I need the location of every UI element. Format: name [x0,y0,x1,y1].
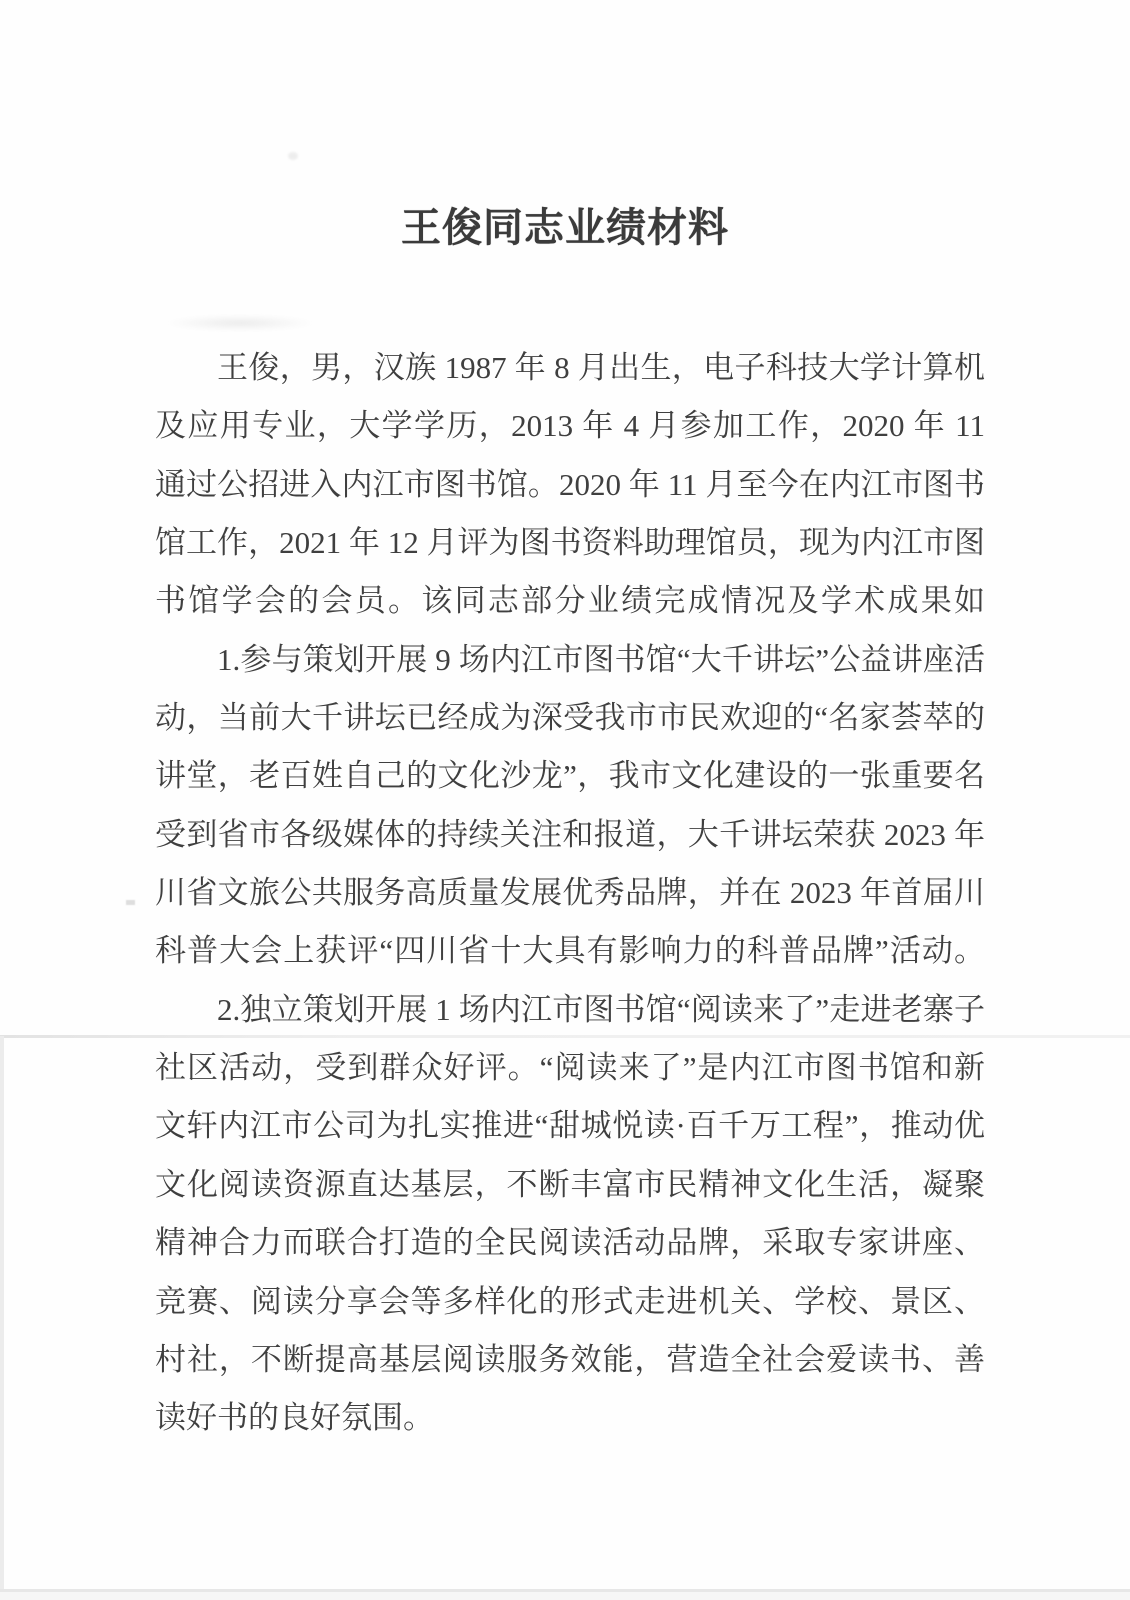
text-line: 及应用专业，大学学历，2013 年 4 月参加工作，2020 年 11 月 [155,397,985,455]
text-line: 讲堂，老百姓自己的文化沙龙”，我市文化建设的一张重要名片， [155,747,985,805]
text-line: 竞赛、阅读分享会等多样化的形式走进机关、学校、景区、园区、 [155,1273,985,1331]
scan-dot-artifact [288,152,298,160]
text-line: 文轩内江市公司为扎实推进“甜城悦读·百千万工程”，推动优质 [155,1097,985,1155]
text-line: 王俊，男，汉族 1987 年 8 月出生，电子科技大学计算机 [155,339,985,397]
scan-smudge-artifact [165,315,315,331]
text-line: 村社，不断提高基层阅读服务效能，营造全社会爱读书、善读书、 [155,1331,985,1389]
text-line: 动，当前大千讲坛已经成为深受我市市民欢迎的“名家荟萃的大 [155,689,985,747]
text-line: 1.参与策划开展 9 场内江市图书馆“大千讲坛”公益讲座活 [155,631,985,689]
text-line: 馆工作，2021 年 12 月评为图书资料助理馆员，现为内江市图 [155,514,985,572]
scan-tick-artifact [126,900,135,905]
document-title: 王俊同志业绩材料 [0,196,1130,253]
scan-left-edge-artifact [0,1036,4,1600]
scan-band-line-artifact [0,1035,1130,1038]
text-line: 受到省市各级媒体的持续关注和报道，大千讲坛荣获 2023 年四 [155,806,985,864]
text-line: 文化阅读资源直达基层，不断丰富市民精神文化生活，凝聚强大 [155,1156,985,1214]
text-line: 2.独立策划开展 1 场内江市图书馆“阅读来了”走进老寨子 [155,981,985,1039]
text-line: 书馆学会的会员。该同志部分业绩完成情况及学术成果如下： [155,572,985,630]
scan-bottom-strip-artifact [0,1592,1130,1600]
text-line: 社区活动，受到群众好评。“阅读来了”是内江市图书馆和新华 [155,1039,985,1097]
text-line: 读好书的良好氛围。 [155,1389,985,1447]
text-line: 川省文旅公共服务高质量发展优秀品牌，并在 2023 年首届川渝 [155,864,985,922]
text-line: 通过公招进入内江市图书馆。2020 年 11 月至今在内江市图书 [155,456,985,514]
document-body: 王俊，男，汉族 1987 年 8 月出生，电子科技大学计算机及应用专业，大学学历… [155,339,985,1448]
text-line: 精神合力而联合打造的全民阅读活动品牌，采取专家讲座、知识 [155,1214,985,1272]
text-line: 科普大会上获评“四川省十大具有影响力的科普品牌”活动。 [155,922,985,980]
scanned-document-page: 王俊同志业绩材料 王俊，男，汉族 1987 年 8 月出生，电子科技大学计算机及… [0,0,1130,1600]
